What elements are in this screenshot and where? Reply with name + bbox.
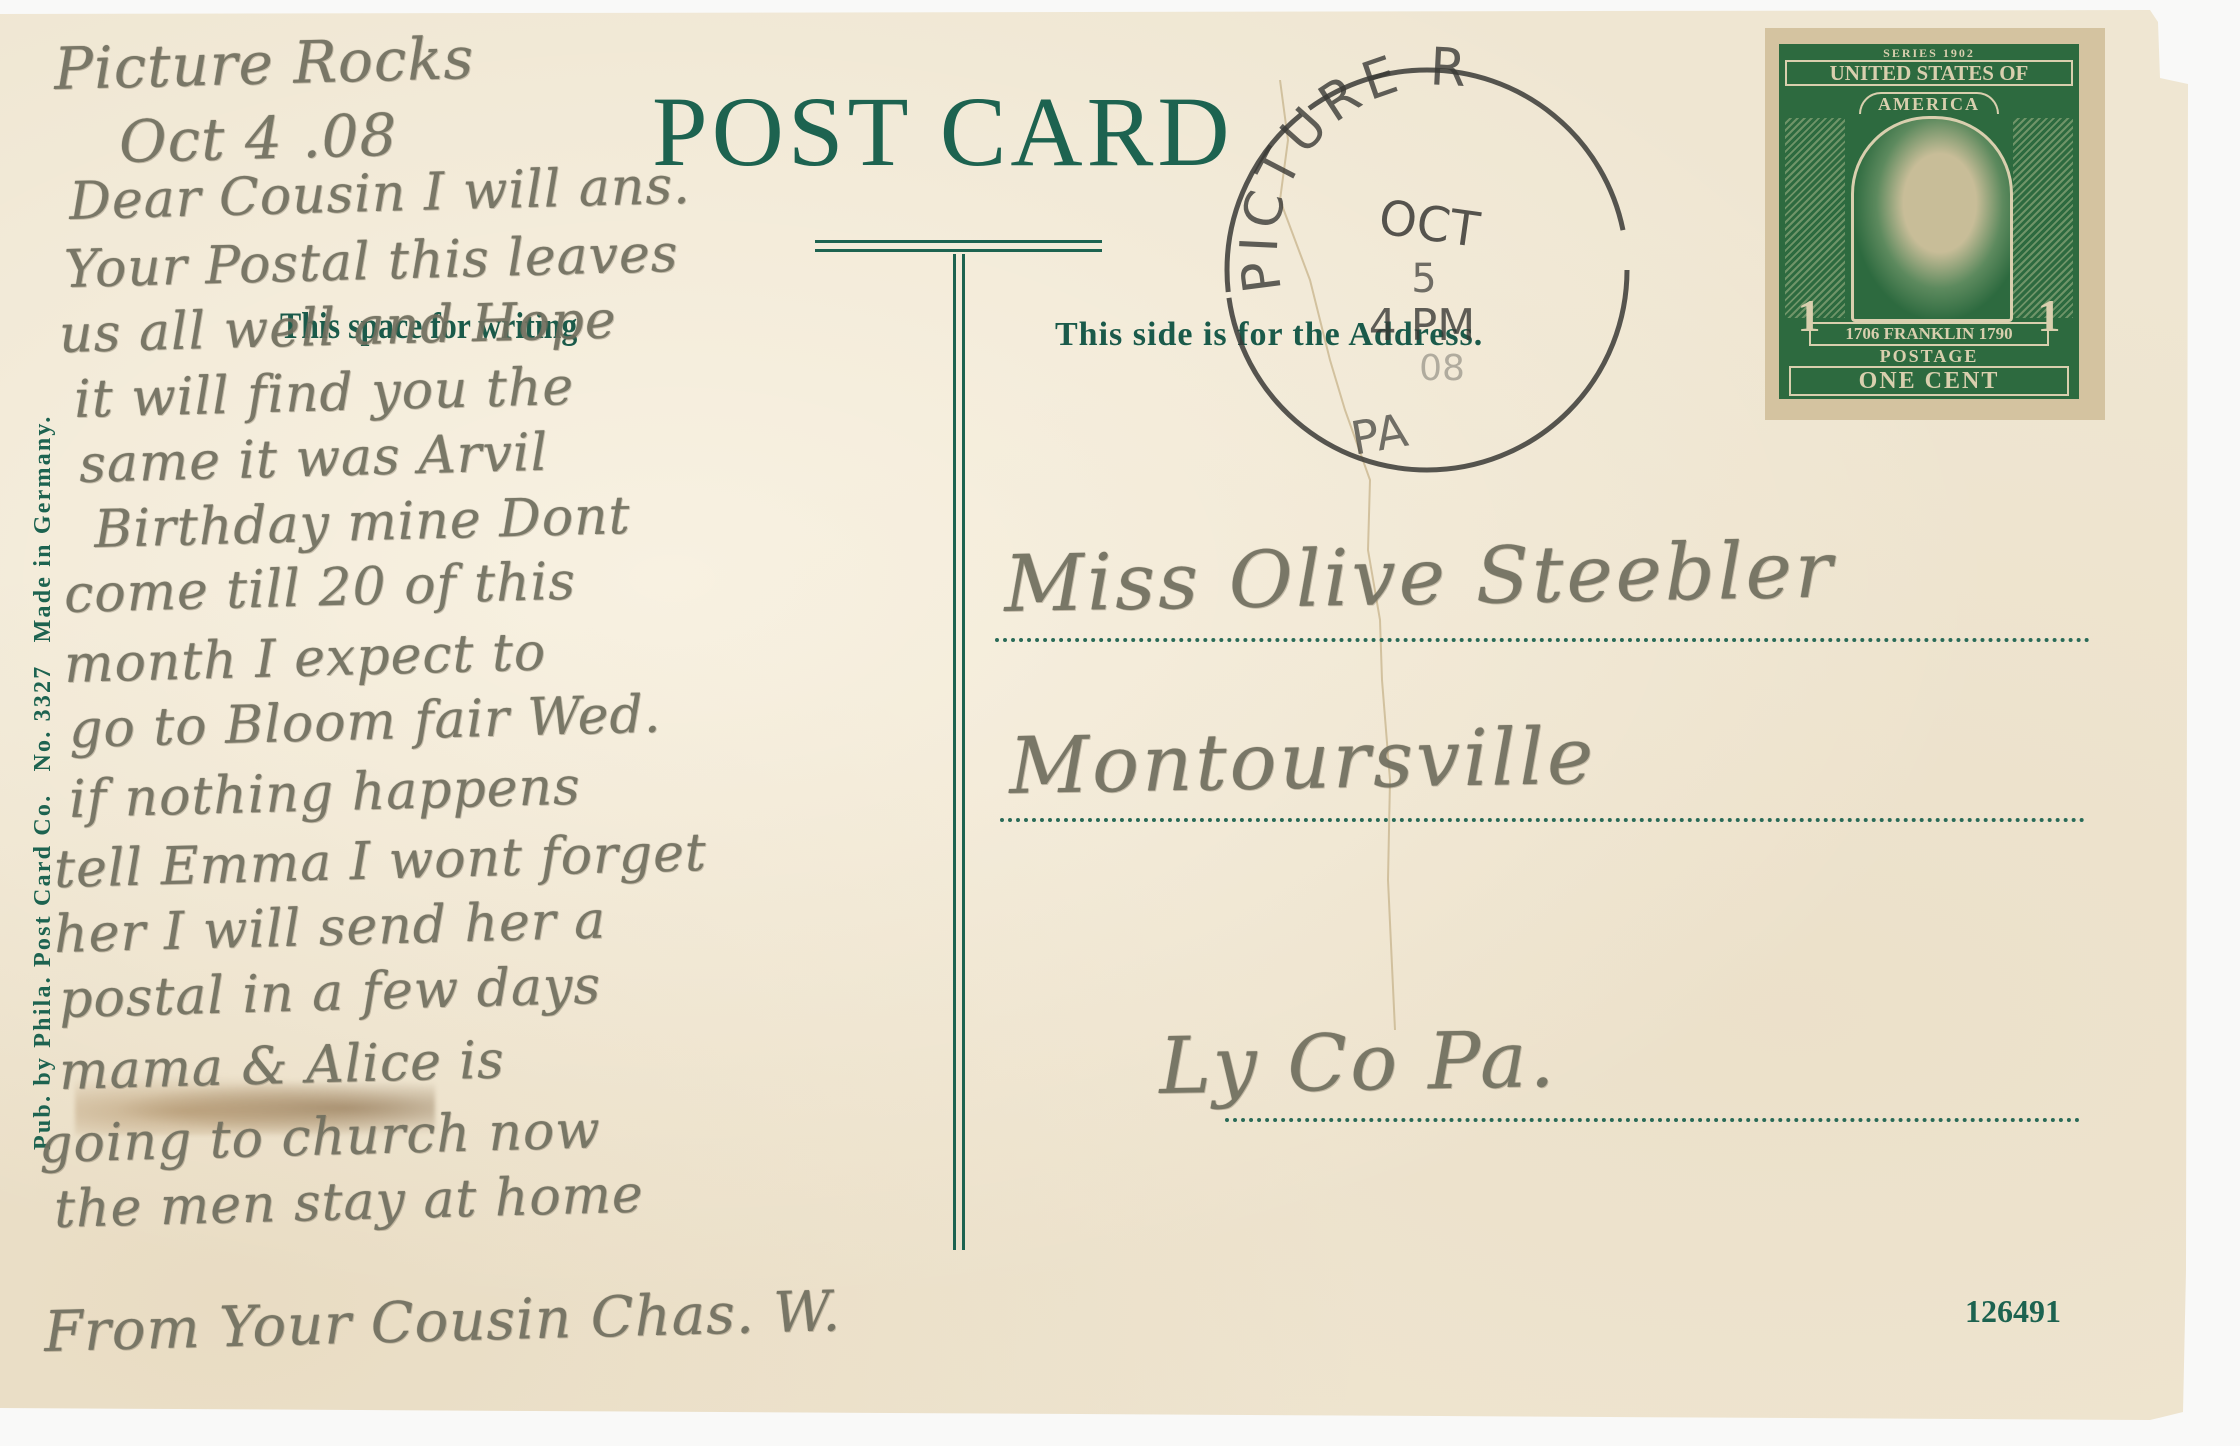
- postcard-back: POST CARD This space for writing This si…: [0, 0, 2240, 1446]
- post-card-title: POST CARD: [652, 82, 1234, 182]
- postmark-state: PA: [1347, 403, 1412, 466]
- postmark-town: PICTURE R: [1229, 40, 1473, 296]
- card-catalog-number: No. 3327: [30, 665, 56, 772]
- postmark-icon: PICTURE R OCT 5 4 PM 08 PA: [1212, 40, 1652, 480]
- address-recipient: Miss Olive Steebler: [1003, 526, 1835, 630]
- serial-number: 126491: [1965, 1293, 2061, 1330]
- postmark-year: 08: [1419, 348, 1465, 389]
- message-line: tell Emma I wont forget: [53, 823, 707, 900]
- svg-text:PICTURE R: PICTURE R: [1229, 40, 1473, 296]
- message-line: the men stay at home: [53, 1165, 644, 1240]
- publisher-imprint: Pub. by Phila. Post Card Co. No. 3327 Ma…: [30, 400, 57, 1150]
- stamp-value: ONE CENT: [1789, 366, 2069, 396]
- address-town: Montoursville: [1008, 712, 1596, 812]
- divider-vertical-left: [953, 254, 956, 1250]
- address-line-2: [1000, 818, 2085, 822]
- address-line-1: [995, 638, 2090, 642]
- stamp-figure-right-icon: [2013, 118, 2073, 318]
- benjamin-franklin-portrait-icon: [1851, 116, 2013, 322]
- message-line: postal in a few days: [58, 956, 601, 1030]
- postmark-time: 4 PM: [1369, 300, 1475, 351]
- message-line: her I will send her a: [53, 891, 606, 965]
- message-line: come till 20 of this: [63, 552, 576, 625]
- publisher-name: Pub. by Phila. Post Card Co.: [30, 794, 56, 1150]
- stamp-country: UNITED STATES OF: [1785, 60, 2073, 86]
- message-line: go to Bloom fair Wed.: [68, 685, 662, 760]
- message-line: it will find you the: [73, 357, 574, 430]
- message-line: mama & Alice is: [58, 1030, 505, 1102]
- message-line: Your Postal this leaves: [63, 224, 679, 300]
- stamp-design: SERIES 1902 UNITED STATES OF AMERICA 1 1…: [1779, 44, 2079, 399]
- message-line: From Your Cousin Chas. W.: [43, 1279, 841, 1365]
- message-line: if nothing happens: [68, 757, 581, 830]
- stamp-name: 1706 FRANKLIN 1790: [1809, 322, 2049, 346]
- divider-rule-top: [815, 240, 1102, 243]
- postage-stamp: SERIES 1902 UNITED STATES OF AMERICA 1 1…: [1765, 28, 2105, 420]
- message-line: Picture Rocks: [53, 24, 475, 103]
- stamp-series: SERIES 1902: [1779, 46, 2079, 61]
- message-line: Birthday mine Dont: [93, 486, 631, 560]
- message-line: month I expect to: [63, 622, 546, 695]
- message-line: same it was Arvil: [78, 423, 549, 495]
- postmark-day: 5: [1411, 256, 1436, 302]
- address-line-3: [1225, 1118, 2080, 1122]
- address-county-state: Ly Co Pa.: [1158, 1015, 1558, 1112]
- origin-country: Made in Germany.: [30, 414, 56, 642]
- postmark-month: OCT: [1376, 189, 1484, 259]
- divider-vertical-right: [962, 254, 965, 1250]
- message-line: us all well and Hope: [58, 290, 617, 365]
- stamp-figure-left-icon: [1785, 118, 1845, 318]
- stamp-postage-label: POSTAGE: [1779, 346, 2079, 367]
- stamp-country-2: AMERICA: [1859, 92, 1999, 114]
- divider-rule-bottom: [815, 249, 1102, 252]
